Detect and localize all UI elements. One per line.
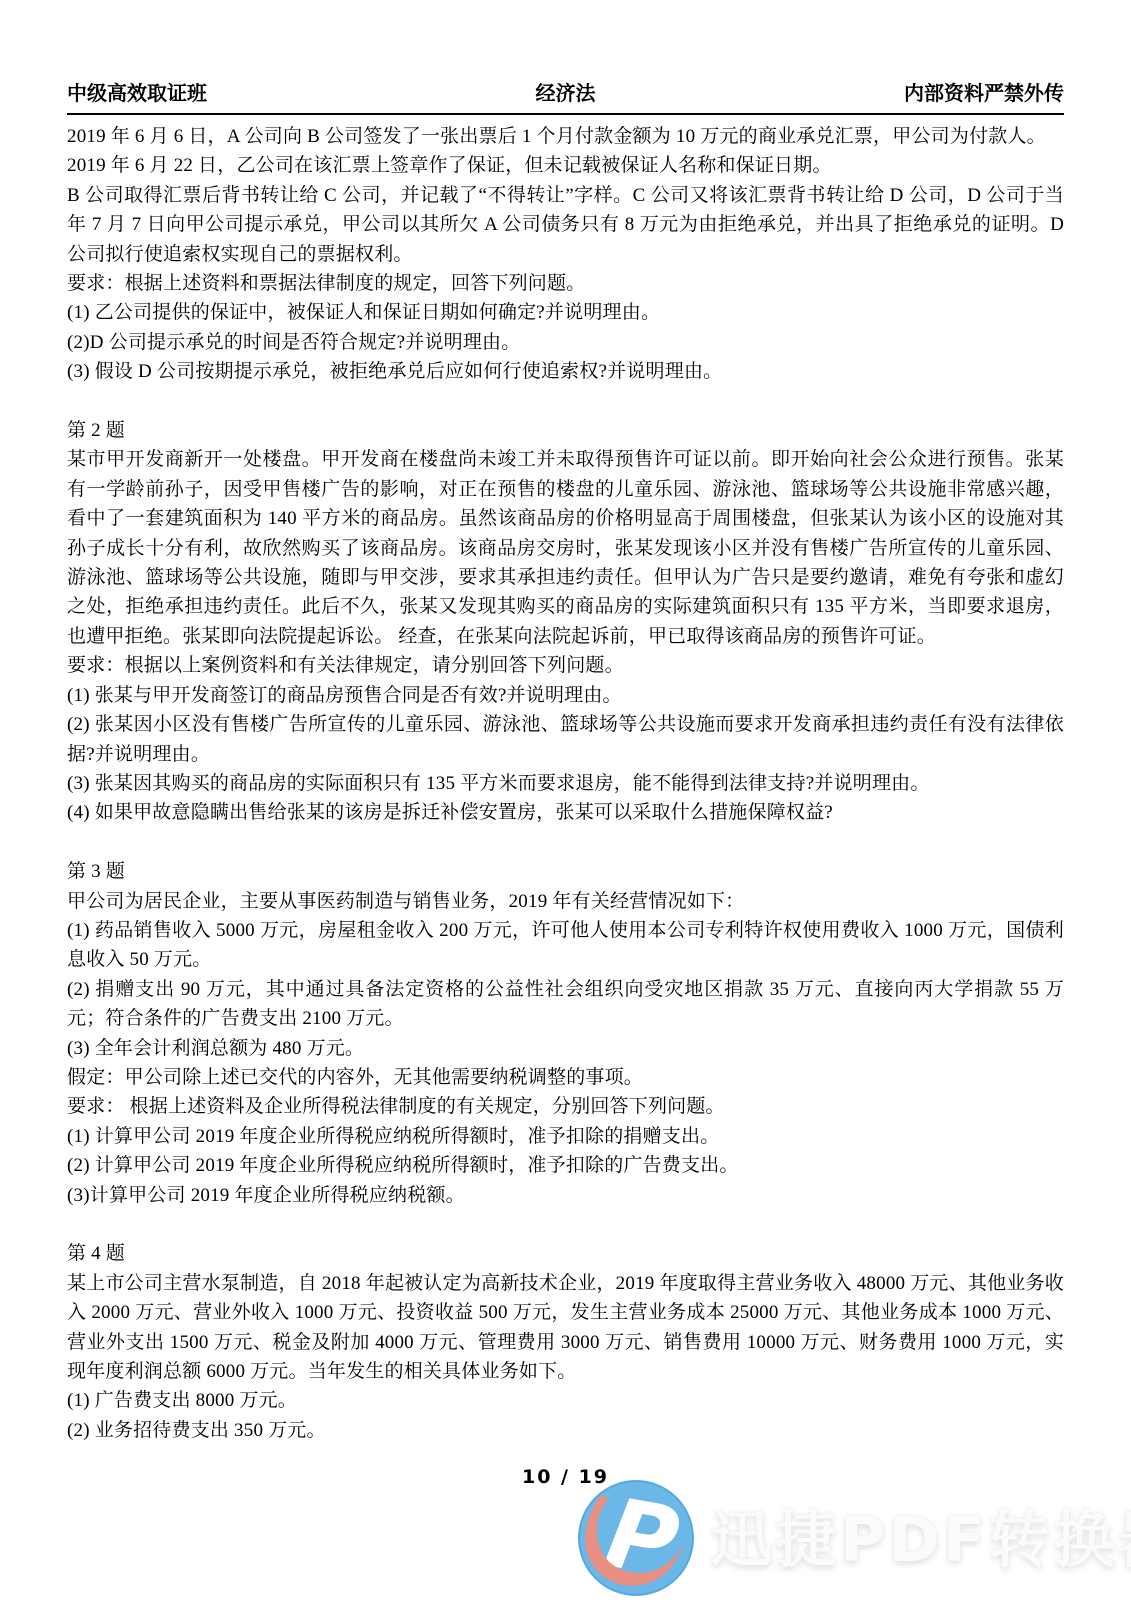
watermark-text: 迅捷PDF转换器 [710,1490,1131,1579]
watermark: P 迅捷PDF转换器 [576,1478,1131,1598]
paragraph: (2) 张某因小区没有售楼广告所宣传的儿童乐园、游泳池、篮球场等公共设施而要求开… [67,710,1064,769]
pdf-converter-logo-icon: P [576,1478,696,1598]
header-notice: 内部资料严禁外传 [596,82,1065,106]
paragraph: (1) 张某与甲开发商签订的商品房预售合同是否有效?并说明理由。 [67,681,1064,710]
paragraph: (2)D 公司提示承兑的时间是否符合规定?并说明理由。 [67,328,1064,357]
paragraph: 甲公司为居民企业，主要从事医药制造与销售业务，2019 年有关经营情况如下： [67,887,1064,916]
paragraph: 某上市公司主营水泵制造，自 2018 年起被认定为高新技术企业，2019 年度取… [67,1269,1064,1387]
paragraph-spacer [67,1210,1064,1239]
paragraph: (3) 张某因其购买的商品房的实际面积只有 135 平方米而要求退房，能不能得到… [67,769,1064,798]
svg-text:P: P [598,1478,687,1598]
paragraph: 第 2 题 [67,416,1064,445]
page-number: 10 / 19 [0,1466,1131,1488]
paragraph: (3) 全年会计利润总额为 480 万元。 [67,1034,1064,1063]
paragraph: (3) 假设 D 公司按期提示承兑，被拒绝承兑后应如何行使追索权?并说明理由。 [67,357,1064,386]
page-header: 中级高效取证班 经济法 内部资料严禁外传 [67,82,1064,106]
paragraph-spacer [67,387,1064,416]
document-page: 中级高效取证班 经济法 内部资料严禁外传 2019 年 6 月 6 日，A 公司… [0,0,1131,1600]
paragraph: 第 4 题 [67,1239,1064,1268]
paragraph: (1) 广告费支出 8000 万元。 [67,1386,1064,1415]
paragraph: 2019 年 6 月 22 日，乙公司在该汇票上签章作了保证，但未记载被保证人名… [67,151,1064,180]
paragraph: B 公司取得汇票后背书转让给 C 公司，并记载了“不得转让”字样。C 公司又将该… [67,181,1064,269]
paragraph: 要求： 根据上述资料及企业所得税法律制度的有关规定，分别回答下列问题。 [67,1092,1064,1121]
document-body: 2019 年 6 月 6 日，A 公司向 B 公司签发了一张出票后 1 个月付款… [67,122,1064,1445]
paragraph: (2) 计算甲公司 2019 年度企业所得税应纳税所得额时，准予扣除的广告费支出… [67,1151,1064,1180]
header-subject: 经济法 [536,82,596,106]
paragraph: (3)计算甲公司 2019 年度企业所得税应纳税额。 [67,1181,1064,1210]
paragraph: 某市甲开发商新开一处楼盘。甲开发商在楼盘尚未竣工并未取得预售许可证以前。即开始向… [67,445,1064,651]
header-course-title: 中级高效取证班 [67,82,536,106]
paragraph: 假定：甲公司除上述已交代的内容外，无其他需要纳税调整的事项。 [67,1063,1064,1092]
paragraph: 要求：根据上述资料和票据法律制度的规定，回答下列问题。 [67,269,1064,298]
paragraph: 第 3 题 [67,857,1064,886]
paragraph: 2019 年 6 月 6 日，A 公司向 B 公司签发了一张出票后 1 个月付款… [67,122,1064,151]
paragraph: 要求：根据以上案例资料和有关法律规定，请分别回答下列问题。 [67,651,1064,680]
paragraph: (1) 乙公司提供的保证中，被保证人和保证日期如何确定?并说明理由。 [67,298,1064,327]
paragraph: (1) 计算甲公司 2019 年度企业所得税应纳税所得额时，准予扣除的捐赠支出。 [67,1122,1064,1151]
paragraph: (2) 捐赠支出 90 万元，其中通过具备法定资格的公益性社会组织向受灾地区捐款… [67,975,1064,1034]
header-divider [67,113,1064,115]
paragraph: (2) 业务招待费支出 350 万元。 [67,1416,1064,1445]
paragraph: (1) 药品销售收入 5000 万元，房屋租金收入 200 万元，许可他人使用本… [67,916,1064,975]
paragraph: (4) 如果甲故意隐瞒出售给张某的该房是拆迁补偿安置房，张某可以采取什么措施保障… [67,798,1064,827]
paragraph-spacer [67,828,1064,857]
